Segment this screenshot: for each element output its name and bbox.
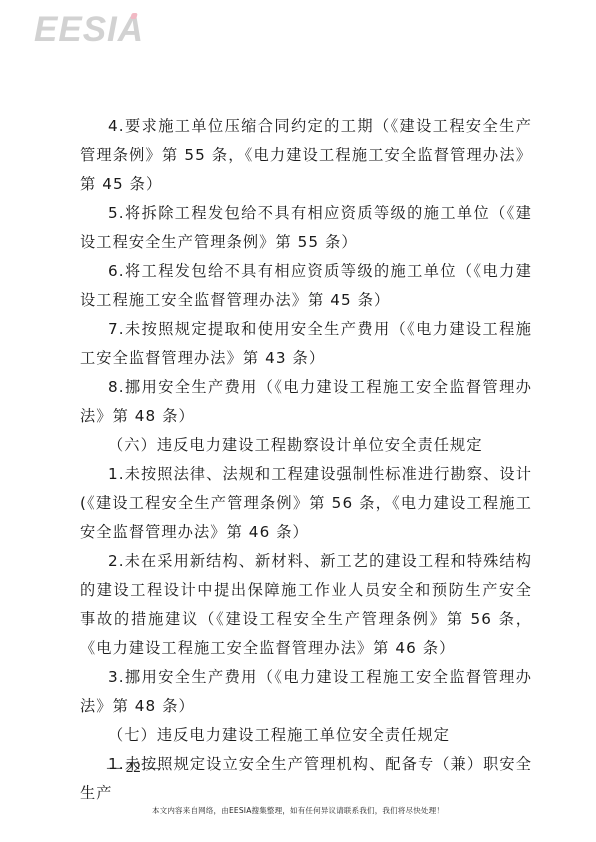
paragraph-item-4: 4.要求施工单位压缩合同约定的工期（《建设工程安全生产管理条例》第 55 条，《… (80, 112, 532, 199)
paragraph-item-7: 7.未按照规定提取和使用安全生产费用（《电力建设工程施工安全监督管理办法》第 4… (80, 315, 532, 373)
paragraph-design-item-3: 3.挪用安全生产费用（《电力建设工程施工安全监督管理办法》第 48 条） (80, 663, 532, 721)
paragraph-design-item-1: 1.未按照法律、法规和工程建设强制性标准进行勘察、设计(《建设工程安全生产管理条… (80, 460, 532, 547)
eesia-logo: EESIA (34, 10, 144, 50)
page-number: — 22 — (107, 760, 160, 777)
section-heading-7: （七）违反电力建设工程施工单位安全责任规定 (80, 721, 532, 750)
paragraph-item-6: 6.将工程发包给不具有相应资质等级的施工单位（《电力建设工程施工安全监督管理办法… (80, 257, 532, 315)
logo-text: EESIA (34, 10, 144, 49)
footer-disclaimer: 本文内容来自网络，由EESIA搜集整理，如有任何异议请联系我们，我们将尽快处理！ (0, 805, 596, 816)
section-heading-6: （六）违反电力建设工程勘察设计单位安全责任规定 (80, 431, 532, 460)
paragraph-item-8: 8.挪用安全生产费用（《电力建设工程施工安全监督管理办法》第 48 条） (80, 373, 532, 431)
document-body: 4.要求施工单位压缩合同约定的工期（《建设工程安全生产管理条例》第 55 条，《… (80, 112, 532, 808)
paragraph-item-5: 5.将拆除工程发包给不具有相应资质等级的施工单位（《建设工程安全生产管理条例》第… (80, 199, 532, 257)
paragraph-construction-item-1: 1.未按照规定设立安全生产管理机构、配备专（兼）职安全生产 (80, 750, 532, 808)
paragraph-design-item-2: 2.未在采用新结构、新材料、新工艺的建设工程和特殊结构的建设工程设计中提出保障施… (80, 547, 532, 663)
